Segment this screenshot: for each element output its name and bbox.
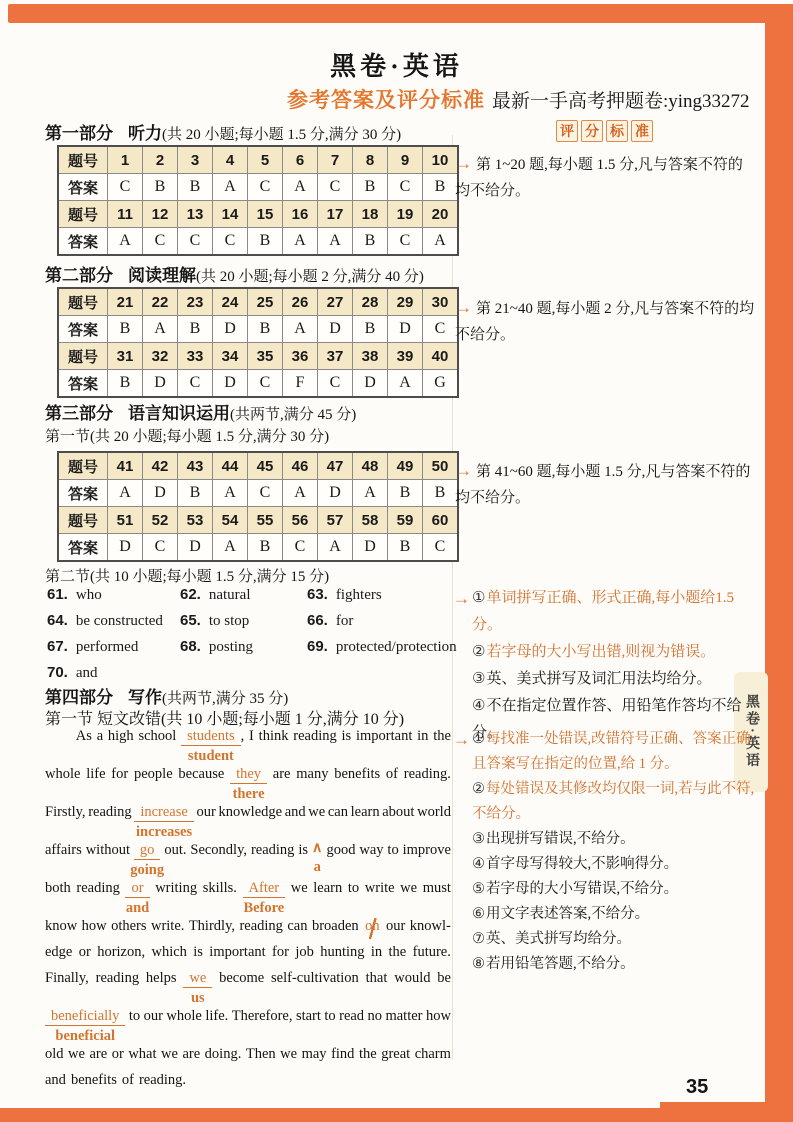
question-number-cell: 14: [213, 201, 248, 228]
answer-cell: B: [423, 480, 459, 507]
note-text: 单词拼写正确、形式正确,每小题给1.5分。: [472, 590, 734, 633]
part4-label: 第四部分: [45, 688, 113, 707]
numbered-note: ①每找准一处错误,改错符号正确、答案正确且答案写在指定的位置,给 1 分。: [455, 727, 765, 777]
answer-cell: B: [248, 534, 283, 562]
passage-word: we: [291, 880, 308, 901]
passage-word: job: [295, 944, 314, 965]
question-number-cell: 41: [108, 452, 143, 480]
error-word: theythere: [230, 766, 267, 784]
question-number-cell: 60: [423, 507, 459, 534]
row-label-cell: 题号: [58, 201, 108, 228]
question-number-cell: 48: [353, 452, 388, 480]
passage-word: broaden: [312, 918, 359, 939]
exam-answer-key-page: { "page": { "number": "35", "side_tab": …: [0, 0, 793, 1122]
bottom-border-bar: [0, 1108, 793, 1122]
table-row: 答案DCDABCADBC: [58, 534, 458, 562]
passage-line: edgeorhorizon,whichisimportantforjobhunt…: [45, 944, 451, 965]
section-subheading: 第一节(共 20 小题;每小题 1.5 分,满分 30 分): [45, 425, 329, 446]
passage-word: knowl-: [410, 918, 451, 939]
row-label-cell: 答案: [58, 370, 108, 398]
answer-cell: C: [423, 316, 459, 343]
passage-word: how: [426, 1008, 451, 1029]
note-text: 若字母的大小写错误,不给分。: [486, 881, 678, 897]
passage-word: world: [417, 804, 451, 825]
section-label: 第二部分: [45, 266, 113, 285]
table-row: 题号11121314151617181920: [58, 201, 458, 228]
question-number-cell: 42: [143, 452, 178, 480]
passage-word: people: [134, 766, 173, 787]
answer-cell: A: [108, 480, 143, 507]
passage-word: helps: [146, 970, 177, 991]
passage-word: must: [423, 880, 451, 901]
answer-cell: D: [388, 316, 423, 343]
note-circled-number: ⑧: [472, 956, 485, 972]
note-text: 英、美式拼写均给分。: [486, 931, 631, 947]
passage-word: reading.: [404, 766, 451, 787]
passage-line: affairswithoutgogoingout.Secondly,readin…: [45, 842, 451, 863]
note-text: 若字母的大小写出错,则视为错误。: [486, 644, 715, 660]
arrow-icon: →: [455, 298, 472, 317]
question-number-cell: 36: [283, 343, 318, 370]
right-border-bar: [765, 4, 793, 1118]
question-number-cell: 6: [283, 146, 318, 174]
passage-word: both: [45, 880, 71, 901]
error-word: gogoing: [134, 842, 161, 860]
answer-cell: A: [143, 316, 178, 343]
passage-word: which: [151, 944, 186, 965]
passage-word: and: [45, 1072, 66, 1093]
question-number-cell: 1: [108, 146, 143, 174]
fill-answer-number: 61.: [47, 586, 68, 603]
question-number-cell: 21: [108, 288, 143, 316]
answer-table: 题号12345678910答案CBBACACBCB题号1112131415161…: [57, 145, 459, 256]
passage-word: edge: [45, 944, 72, 965]
error-word: orand: [125, 880, 149, 898]
fill-answer-number: 70.: [47, 664, 68, 681]
fill-answer-item: 68.posting: [180, 638, 307, 664]
question-number-cell: 37: [318, 343, 353, 370]
passage-word: Secondly,: [190, 842, 247, 863]
note-circled-number: ⑦: [472, 931, 485, 947]
correction-replace: theythere: [230, 766, 267, 787]
scoring-note-text: 第 1~20 题,每小题 1.5 分,凡与答案不符的均不给分。: [455, 157, 743, 199]
passage-word: to: [387, 842, 398, 863]
correction-replace: beneficiallybeneficial: [45, 1008, 125, 1029]
answer-cell: A: [283, 316, 318, 343]
answer-cell: D: [353, 370, 388, 398]
note-circled-number: ③: [472, 671, 485, 687]
fill-answer-item: 66.for: [307, 612, 457, 638]
note-text: 每找准一处错误,改错符号正确、答案正确且答案写在指定的位置,给 1 分。: [472, 731, 751, 772]
answer-cell: C: [423, 534, 459, 562]
answer-cell: C: [318, 370, 353, 398]
passage-word: we: [308, 804, 325, 825]
note-text: 用文字表述答案,不给分。: [486, 906, 649, 922]
passage-word: reading: [88, 804, 131, 825]
passage-word: of: [386, 766, 398, 787]
passage-word: hunting: [320, 944, 364, 965]
trailing-punctuation: ,: [241, 728, 245, 744]
fill-answer-number: 69.: [307, 638, 328, 655]
passage-word: without: [86, 842, 130, 863]
answer-cell: D: [353, 534, 388, 562]
passage-word: whole: [45, 766, 80, 787]
question-number-cell: 25: [248, 288, 283, 316]
passage-word: old: [45, 1046, 64, 1067]
passage-word: think: [259, 728, 289, 749]
passage-word: can: [328, 804, 348, 825]
passage-word: that: [366, 970, 388, 991]
passage-word: write.: [151, 918, 184, 939]
page-number: 35: [686, 1076, 708, 1099]
passage-word: reading: [293, 728, 336, 749]
answer-cell: A: [318, 228, 353, 256]
answer-cell: B: [248, 228, 283, 256]
row-label-cell: 题号: [58, 452, 108, 480]
passage-word: be: [437, 970, 451, 991]
passage-word: important: [356, 728, 412, 749]
correction-word: a: [314, 859, 321, 876]
section-name: 语言知识运用: [128, 404, 230, 423]
passage-word: doing.: [205, 1046, 242, 1067]
note-text: 出现拼写错误,不给分。: [486, 831, 635, 847]
answer-cell: C: [178, 228, 213, 256]
answer-cell: B: [353, 174, 388, 201]
passage-word: high: [108, 728, 134, 749]
passage-word: As: [76, 728, 92, 749]
passage-word: out.: [164, 842, 186, 863]
question-number-cell: 2: [143, 146, 178, 174]
table-row: 答案BDCDCFCDAG: [58, 370, 458, 398]
passage-word: affairs: [45, 842, 82, 863]
scoring-note-text: 第 21~40 题,每小题 2 分,凡与答案不符的均不给分。: [455, 301, 754, 343]
part4-heading: 第四部分写作(共两节,满分 35 分): [45, 683, 288, 708]
table-row: 题号31323334353637383940: [58, 343, 458, 370]
row-label-cell: 题号: [58, 288, 108, 316]
question-number-cell: 51: [108, 507, 143, 534]
passage-word: Then: [246, 1046, 276, 1067]
answer-table: 题号41424344454647484950答案ADBACADABB题号5152…: [57, 451, 459, 562]
question-number-cell: 53: [178, 507, 213, 534]
passage-word: we: [400, 880, 417, 901]
correction-replace: increaseincreases: [134, 804, 194, 825]
passage-line: oldweareorwhatwearedoing.Thenwemayfindth…: [45, 1046, 451, 1067]
section-label: 第一部分: [45, 124, 113, 143]
answer-cell: D: [178, 534, 213, 562]
table-row: 答案CBBACACBCB: [58, 174, 458, 201]
passage-word: good: [326, 842, 355, 863]
note-circled-number: ⑥: [472, 906, 485, 922]
fill-answer-number: 63.: [307, 586, 328, 603]
passage-word: our: [196, 804, 215, 825]
numbered-note: ③出现拼写错误,不给分。: [455, 827, 765, 852]
row-label-cell: 题号: [58, 343, 108, 370]
passage-word: learn: [313, 880, 342, 901]
question-number-cell: 44: [213, 452, 248, 480]
passage-word: or: [79, 944, 91, 965]
passage-line: Asahighschoolstudentsstudent,Ithinkreadi…: [45, 728, 451, 749]
passage-line: Firstly,readingincreaseincreasesourknowl…: [45, 804, 451, 825]
correction-insert-caret: ∧a: [312, 840, 323, 861]
passage-word: start: [296, 1008, 321, 1029]
passage-word: and: [285, 804, 306, 825]
arrow-icon: →: [455, 461, 472, 480]
table-row: 答案BABDBADBDC: [58, 316, 458, 343]
correction-word: going: [130, 862, 164, 879]
answer-cell: D: [213, 316, 248, 343]
fill-answer-text: and: [76, 665, 98, 681]
question-number-cell: 16: [283, 201, 318, 228]
question-number-cell: 20: [423, 201, 459, 228]
passage-word: important: [209, 944, 265, 965]
answer-cell: B: [108, 370, 143, 398]
section-name: 阅读理解: [128, 266, 196, 285]
error-correction-passage: Asahighschoolstudentsstudent,Ithinkreadi…: [45, 728, 451, 1093]
numbered-note: ③英、美式拼写及词汇用法均给分。: [455, 666, 763, 693]
passage-word: reading: [76, 880, 119, 901]
numbered-note: ⑥用文字表述答案,不给分。: [455, 902, 765, 927]
passage-word: would: [394, 970, 430, 991]
fill-answer-text: protected/protection: [336, 639, 457, 655]
passage-line: beneficiallybeneficialtoourwholelife.The…: [45, 1008, 451, 1029]
passage-line: andbenefitsofreading.: [45, 1072, 451, 1093]
passage-word: our: [144, 1008, 163, 1029]
question-number-cell: 15: [248, 201, 283, 228]
passage-word: find: [331, 1046, 354, 1067]
answer-cell: C: [388, 174, 423, 201]
table-row: 题号12345678910: [58, 146, 458, 174]
numbered-note: ②每处错误及其修改均仅限一词,若与此不符,不给分。: [455, 777, 765, 827]
answer-cell: A: [213, 174, 248, 201]
passage-line: wholelifeforpeoplebecausetheythereareman…: [45, 766, 451, 787]
badge-char: 分: [581, 120, 603, 142]
question-number-cell: 8: [353, 146, 388, 174]
passage-word: way: [359, 842, 383, 863]
answer-cell: B: [178, 316, 213, 343]
correction-word: us: [191, 990, 205, 1007]
question-number-cell: 13: [178, 201, 213, 228]
fill-answer-number: 67.: [47, 638, 68, 655]
question-number-cell: 33: [178, 343, 213, 370]
error-word: studentsstudent: [181, 728, 241, 746]
note-circled-number: ④: [472, 698, 485, 714]
answer-cell: B: [248, 316, 283, 343]
error-word: beneficiallybeneficial: [45, 1008, 125, 1026]
question-number-cell: 38: [353, 343, 388, 370]
passage-word: in: [417, 728, 428, 749]
question-number-cell: 27: [318, 288, 353, 316]
fill-answer-text: who: [76, 587, 102, 603]
answer-cell: D: [108, 534, 143, 562]
answer-cell: B: [178, 174, 213, 201]
section-paren: (共 20 小题;每小题 2 分,满分 40 分): [196, 269, 424, 285]
passage-word: many: [296, 766, 328, 787]
fill-answer-text: natural: [209, 587, 251, 603]
answer-cell: D: [143, 480, 178, 507]
question-number-cell: 46: [283, 452, 318, 480]
note-circled-number: ④: [472, 856, 485, 872]
passage-word: future.: [413, 944, 451, 965]
section-paren: (共两节,满分 45 分): [230, 407, 356, 423]
numbered-note: ⑤若字母的大小写错误,不给分。: [455, 877, 765, 902]
passage-word: no: [368, 1008, 383, 1029]
answer-cell: A: [283, 480, 318, 507]
passage-word: great: [381, 1046, 410, 1067]
passage-word: is: [193, 944, 203, 965]
fill-answer-item: 64.be constructed: [47, 612, 180, 638]
question-number-cell: 18: [353, 201, 388, 228]
passage-word: we: [280, 1046, 297, 1067]
question-number-cell: 12: [143, 201, 178, 228]
passage-word: charm: [415, 1046, 451, 1067]
question-number-cell: 26: [283, 288, 318, 316]
passage-word: reading: [251, 842, 294, 863]
passage-word: life.: [205, 1008, 228, 1029]
passage-word: can: [287, 918, 307, 939]
passage-word: others: [111, 918, 146, 939]
table-row: 题号41424344454647484950: [58, 452, 458, 480]
answer-cell: C: [248, 370, 283, 398]
question-number-cell: 52: [143, 507, 178, 534]
answer-cell: C: [248, 174, 283, 201]
question-number-cell: 56: [283, 507, 318, 534]
note-circled-number: ①: [472, 590, 485, 606]
answer-cell: B: [423, 174, 459, 201]
passage-word: because: [178, 766, 224, 787]
part3-section2-heading: 第二节(共 10 小题;每小题 1.5 分,满分 15 分): [45, 565, 329, 586]
question-number-cell: 45: [248, 452, 283, 480]
row-label-cell: 题号: [58, 146, 108, 174]
passage-word: reading.: [139, 1072, 186, 1093]
note-text: 首字母写得较大,不影响得分。: [486, 856, 678, 872]
answer-cell: B: [388, 534, 423, 562]
note-circled-number: ⑤: [472, 881, 485, 897]
question-number-cell: 54: [213, 507, 248, 534]
question-number-cell: 22: [143, 288, 178, 316]
note-circled-number: ②: [472, 781, 485, 797]
error-word: weus: [183, 970, 212, 988]
table-row: 题号21222324252627282930: [58, 288, 458, 316]
passage-word: Therefore,: [232, 1008, 293, 1029]
part4-name: 写作: [128, 688, 162, 707]
scoring-note-text: 第 41~60 题,每小题 1.5 分,凡与答案不符的均不给分。: [455, 464, 750, 506]
row-label-cell: 答案: [58, 228, 108, 256]
fill-answer-item: 63.fighters: [307, 586, 457, 612]
fill-answer-text: fighters: [336, 587, 382, 603]
passage-word: learn: [351, 804, 380, 825]
passage-word: Finally,: [45, 970, 89, 991]
question-number-cell: 28: [353, 288, 388, 316]
scoring-note: →第 41~60 题,每小题 1.5 分,凡与答案不符的均不给分。: [455, 458, 757, 511]
question-number-cell: 49: [388, 452, 423, 480]
passage-word: skills.: [203, 880, 237, 901]
answer-cell: C: [283, 534, 318, 562]
arrow-icon: →: [455, 154, 472, 173]
passage-word: are: [182, 1046, 200, 1067]
row-label-cell: 答案: [58, 174, 108, 201]
correction-replace: orand: [125, 880, 149, 901]
answer-cell: D: [143, 370, 178, 398]
answer-cell: A: [213, 534, 248, 562]
subtitle-answers-label: 参考答案及评分标准: [287, 84, 485, 114]
question-number-cell: 17: [318, 201, 353, 228]
question-number-cell: 39: [388, 343, 423, 370]
question-number-cell: 19: [388, 201, 423, 228]
correction-word: student: [188, 748, 234, 765]
answer-cell: D: [318, 316, 353, 343]
answer-cell: B: [178, 480, 213, 507]
row-label-cell: 题号: [58, 507, 108, 534]
correction-replace: studentsstudent,: [181, 728, 244, 749]
fill-answer-number: 66.: [307, 612, 328, 629]
passage-word: horizon,: [97, 944, 145, 965]
passage-line: knowhowotherswrite.Thirdly,readingcanbro…: [45, 918, 451, 939]
fill-answer-item: 69.protected/protection: [307, 638, 457, 664]
answer-cell: A: [353, 480, 388, 507]
passage-word: are: [89, 1046, 107, 1067]
correction-word: and: [126, 900, 149, 917]
passage-word: a: [97, 728, 103, 749]
passage-word: read: [339, 1008, 364, 1029]
answer-cell: A: [283, 228, 318, 256]
table-row: 题号51525354555657585960: [58, 507, 458, 534]
passage-word: write: [365, 880, 395, 901]
fill-answer-number: 65.: [180, 612, 201, 629]
question-number-cell: 30: [423, 288, 459, 316]
section-heading: 第三部分语言知识运用(共两节,满分 45 分): [45, 399, 356, 424]
passage-word: to: [324, 1008, 335, 1029]
part4-section1-heading: 第一节 短文改错(共 10 小题;每小题 1 分,满分 10 分): [45, 706, 404, 729]
question-number-cell: 32: [143, 343, 178, 370]
answer-cell: C: [318, 174, 353, 201]
passage-word: or: [112, 1046, 124, 1067]
correction-scoring-notes: →①每找准一处错误,改错符号正确、答案正确且答案写在指定的位置,给 1 分。②每…: [455, 727, 765, 977]
question-number-cell: 29: [388, 288, 423, 316]
fill-answer-number: 64.: [47, 612, 68, 629]
question-number-cell: 24: [213, 288, 248, 316]
passage-word: for: [111, 766, 128, 787]
answer-cell: G: [423, 370, 459, 398]
answer-cell: D: [213, 370, 248, 398]
question-number-cell: 47: [318, 452, 353, 480]
answer-cell: B: [143, 174, 178, 201]
numbered-note: ⑦英、美式拼写均给分。: [455, 927, 765, 952]
passage-word: improve: [403, 842, 451, 863]
passage-line: Finally,readinghelpsweusbecomeself-culti…: [45, 970, 451, 991]
scoring-note: →第 1~20 题,每小题 1.5 分,凡与答案不符的均不给分。: [455, 151, 757, 204]
passage-word: we: [68, 1046, 85, 1067]
passage-word: I: [249, 728, 254, 749]
badge-char: 评: [556, 120, 578, 142]
passage-word: benefits: [71, 1072, 117, 1093]
answer-cell: C: [213, 228, 248, 256]
numbered-note: ⑧若用铅笔答题,不给分。: [455, 952, 765, 977]
answer-cell: A: [388, 370, 423, 398]
top-border-bar: [8, 4, 789, 23]
scoring-note: →第 21~40 题,每小题 2 分,凡与答案不符的均不给分。: [455, 295, 757, 348]
passage-word: is: [342, 728, 352, 749]
question-number-cell: 10: [423, 146, 459, 174]
note-circled-number: ②: [472, 644, 485, 660]
numbered-note: ①单词拼写正确、形式正确,每小题给1.5分。: [455, 585, 763, 639]
fill-answer-item: 65.to stop: [180, 612, 307, 638]
answer-cell: A: [283, 174, 318, 201]
answer-cell: A: [318, 534, 353, 562]
answer-cell: B: [353, 316, 388, 343]
table-row: 答案ADBACADABB: [58, 480, 458, 507]
passage-word: life: [86, 766, 105, 787]
question-number-cell: 57: [318, 507, 353, 534]
